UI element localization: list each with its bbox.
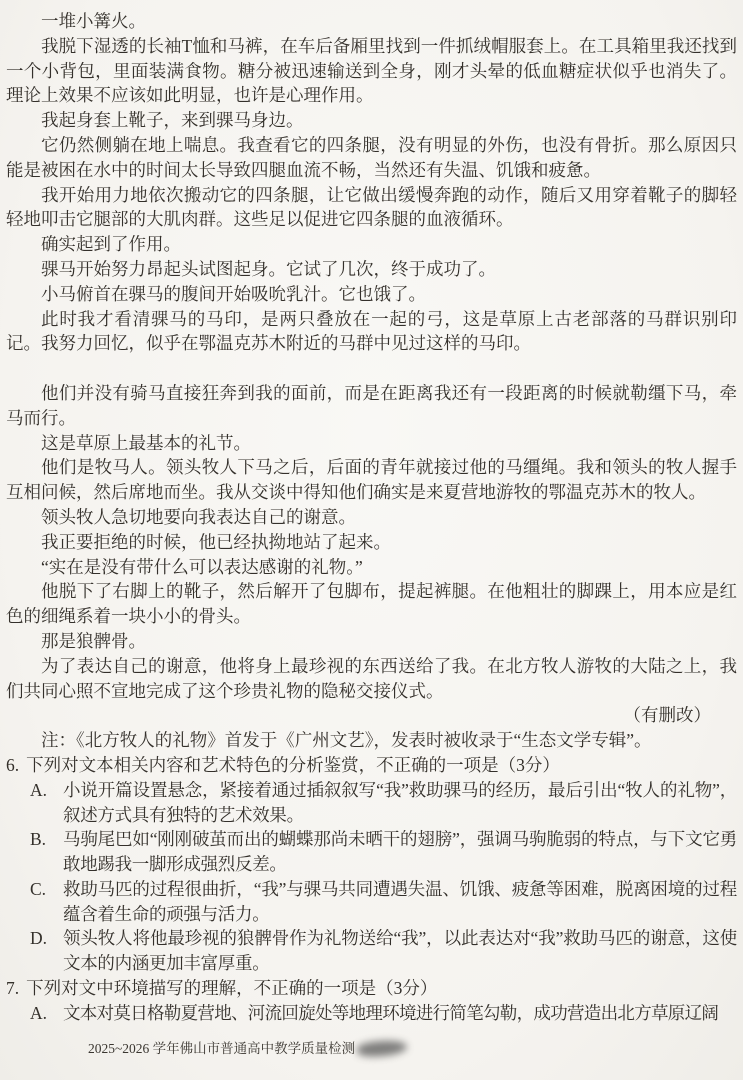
page-footer: 2025~2026 学年佛山市普通高中教学质量检测 — [6, 1040, 737, 1058]
passage-paragraph: 为了表达自己的谢意，他将身上最珍视的东西送给了我。在北方牧人游牧的大陆之上，我们… — [6, 654, 737, 704]
option-text: 文本对莫日格勒夏营地、河流回旋处等地理环境进行简笔勾勒，成功营造出北方草原辽阔 — [63, 1001, 737, 1026]
passage-paragraph: “实在是没有带什么可以表达感谢的礼物。” — [6, 555, 737, 580]
passage-paragraph: 他们是牧马人。领头牧人下马之后，后面的青年就接过他的马缰绳。我和领头的牧人握手互… — [6, 455, 737, 505]
passage-paragraph: 我脱下湿透的长袖T恤和马裤，在车后备厢里找到一件抓绒帽服套上。在工具箱里我还找到… — [6, 34, 737, 108]
passage-paragraph: 领头牧人急切地要向我表达自己的谢意。 — [6, 505, 737, 530]
passage-paragraph: 他脱下了右脚上的靴子，然后解开了包脚布，提起裤腿。在他粗壮的脚踝上，用本应是红色… — [6, 579, 737, 629]
passage-note: 注：《北方牧人的礼物》首发于《广州文艺》，发表时被收录于“生态文学专辑”。 — [6, 728, 737, 753]
exam-page: 一堆小篝火。 我脱下湿透的长袖T恤和马裤，在车后备厢里找到一件抓绒帽服套上。在工… — [0, 0, 743, 1080]
passage-paragraph: 我起身套上靴子，来到骒马身边。 — [6, 108, 737, 133]
passage-paragraph: 骒马开始努力昂起头试图起身。它试了几次，终于成功了。 — [6, 257, 737, 282]
option-text: 小说开篇设置悬念，紧接着通过插叙叙写“我”救助骒马的经历，最后引出“牧人的礼物”… — [63, 778, 737, 828]
footer-redaction-smudge — [357, 1039, 408, 1058]
passage-paragraph: 我开始用力地依次搬动它的四条腿，让它做出缓慢奔跑的动作，随后又用穿着靴子的脚轻轻… — [6, 183, 737, 233]
option-text: 马驹尾巴如“刚刚破茧而出的蝴蝶那尚未晒干的翅膀”，强调马驹脆弱的特点，与下文它勇… — [63, 827, 737, 877]
question-6: 6. 下列对文本相关内容和艺术特色的分析鉴赏，不正确的一项是（3分） A. 小说… — [6, 753, 737, 976]
passage-paragraph: 确实起到了作用。 — [6, 232, 737, 257]
option-label: A. — [30, 1001, 63, 1026]
passage-paragraph: 这是草原上最基本的礼节。 — [6, 431, 737, 456]
question-6-option-d: D. 领头牧人将他最珍视的狼髀骨作为礼物送给“我”，以此表达对“我”救助马匹的谢… — [6, 926, 737, 976]
option-label: A. — [30, 778, 63, 828]
passage-paragraph: 它仍然侧躺在地上喘息。我查看它的四条腿，没有明显的外伤，也没有骨折。那么原因只能… — [6, 133, 737, 183]
option-label: B. — [30, 827, 63, 877]
passage-paragraph: 那是狼髀骨。 — [6, 629, 737, 654]
question-7-option-a: A. 文本对莫日格勒夏营地、河流回旋处等地理环境进行简笔勾勒，成功营造出北方草原… — [6, 1001, 737, 1026]
option-text: 救助马匹的过程很曲折，“我”与骒马共同遭遇失温、饥饿、疲惫等困难，脱离困境的过程… — [63, 877, 737, 927]
question-7-stem: 7. 下列对文中环境描写的理解，不正确的一项是（3分） — [6, 976, 737, 1001]
reading-passage: 一堆小篝火。 我脱下湿透的长袖T恤和马裤，在车后备厢里找到一件抓绒帽服套上。在工… — [6, 9, 737, 753]
question-6-option-c: C. 救助马匹的过程很曲折，“我”与骒马共同遭遇失温、饥饿、疲惫等困难，脱离困境… — [6, 877, 737, 927]
question-number: 6. — [6, 753, 19, 778]
question-7: 7. 下列对文中环境描写的理解，不正确的一项是（3分） A. 文本对莫日格勒夏营… — [6, 976, 737, 1026]
question-stem-text: 下列对文中环境描写的理解，不正确的一项是（3分） — [26, 976, 437, 1001]
question-6-option-b: B. 马驹尾巴如“刚刚破茧而出的蝴蝶那尚未晒干的翅膀”，强调马驹脆弱的特点，与下… — [6, 827, 737, 877]
section-break — [6, 356, 737, 381]
passage-paragraph: 小马俯首在骒马的腹间开始吸吮乳汁。它也饿了。 — [6, 282, 737, 307]
attribution: （有删改） — [6, 703, 737, 728]
passage-paragraph: 他们并没有骑马直接狂奔到我的面前，而是在距离我还有一段距离的时候就勒缰下马，牵马… — [6, 381, 737, 431]
option-label: D. — [30, 926, 63, 976]
passage-paragraph: 此时我才看清骒马的马印，是两只叠放在一起的弓，这是草原上古老部落的马群识别印记。… — [6, 307, 737, 357]
question-6-stem: 6. 下列对文本相关内容和艺术特色的分析鉴赏，不正确的一项是（3分） — [6, 753, 737, 778]
question-stem-text: 下列对文本相关内容和艺术特色的分析鉴赏，不正确的一项是（3分） — [26, 753, 560, 778]
question-number: 7. — [6, 976, 19, 1001]
option-label: C. — [30, 877, 63, 927]
footer-text: 2025~2026 学年佛山市普通高中教学质量检测 — [88, 1040, 355, 1058]
option-text: 领头牧人将他最珍视的狼髀骨作为礼物送给“我”，以此表达对“我”救助马匹的谢意，这… — [63, 926, 737, 976]
passage-paragraph: 一堆小篝火。 — [6, 9, 737, 34]
passage-paragraph: 我正要拒绝的时候，他已经执拗地站了起来。 — [6, 530, 737, 555]
question-6-option-a: A. 小说开篇设置悬念，紧接着通过插叙叙写“我”救助骒马的经历，最后引出“牧人的… — [6, 778, 737, 828]
